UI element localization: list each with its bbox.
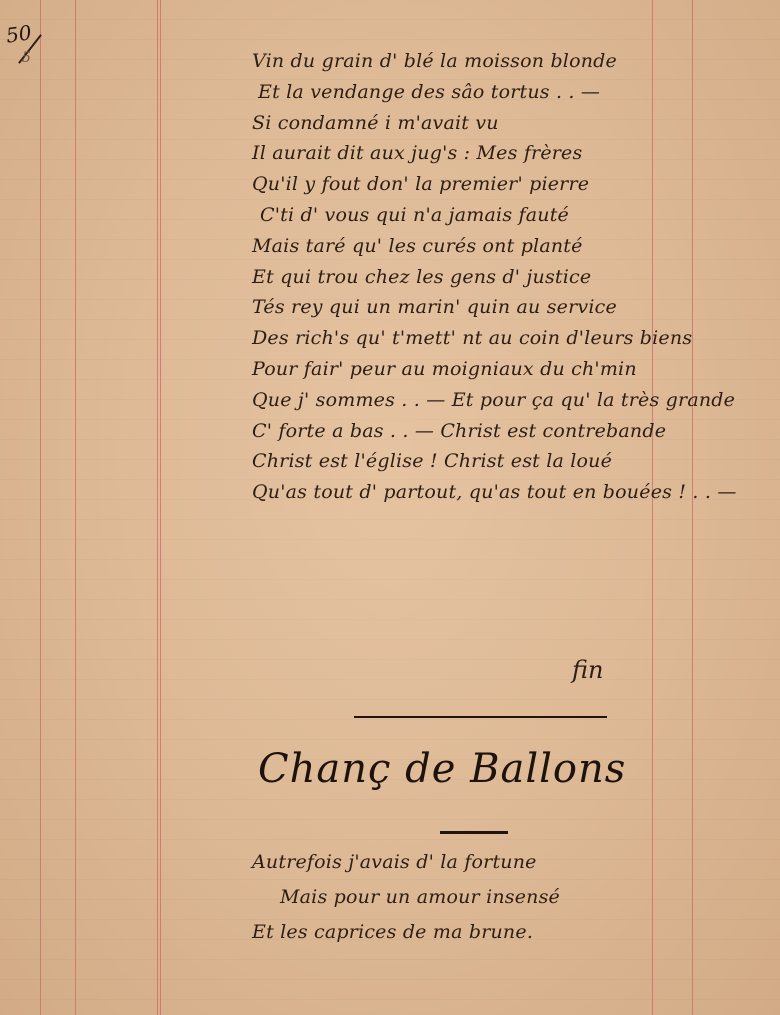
verse-line: Et les caprices de ma brune. <box>252 915 752 950</box>
section-divider <box>354 716 607 718</box>
verse-line: Que j' sommes . . — Et pour ça qu' la tr… <box>252 385 752 416</box>
verse-line: Mais taré qu' les curés ont planté <box>252 231 752 262</box>
verse-line: Christ est l'église ! Christ est la loué <box>252 446 752 477</box>
verse-line: C'ti d' vous qui n'a jamais fauté <box>252 200 752 231</box>
verse-line: Qu'il y fout don' la premier' pierre <box>252 169 752 200</box>
title-underline <box>440 831 508 834</box>
margin-rule <box>160 0 161 1015</box>
verse-line: Vin du grain d' blé la moisson blonde <box>252 46 752 77</box>
verse-line: Pour fair' peur au moigniaux du ch'min <box>252 354 752 385</box>
margin-rule <box>75 0 76 1015</box>
verse-line: Autrefois j'avais d' la fortune <box>252 845 752 880</box>
verse-line: Tés rey qui un marin' quin au service <box>252 292 752 323</box>
verse-line: C' forte a bas . . — Christ est contreba… <box>252 416 752 447</box>
verse-line: Et qui trou chez les gens d' justice <box>252 262 752 293</box>
verse-line: Qu'as tout d' partout, qu'as tout en bou… <box>252 477 752 508</box>
page-number-sub: 5 <box>22 50 31 66</box>
verse-line: Il aurait dit aux jug's : Mes frères <box>252 138 752 169</box>
verse-line: Mais pour un amour insensé <box>252 880 752 915</box>
margin-rule <box>157 0 158 1015</box>
verse-line: Et la vendange des sâo tortus . . — <box>252 77 752 108</box>
end-mark: fin <box>572 656 603 684</box>
manuscript-page: 50 5 Vin du grain d' blé la moisson blon… <box>0 0 780 1015</box>
poem-title: Chanç de Ballons <box>258 746 626 792</box>
verse-line: Des rich's qu' t'mett' nt au coin d'leur… <box>252 323 752 354</box>
verse-line: Si condamné i m'avait vu <box>252 108 752 139</box>
poem-2-verse: Autrefois j'avais d' la fortune Mais pou… <box>252 845 752 950</box>
poem-1-verse: Vin du grain d' blé la moisson blonde Et… <box>252 46 752 508</box>
margin-rule <box>40 0 41 1015</box>
page-number: 50 <box>4 20 33 47</box>
